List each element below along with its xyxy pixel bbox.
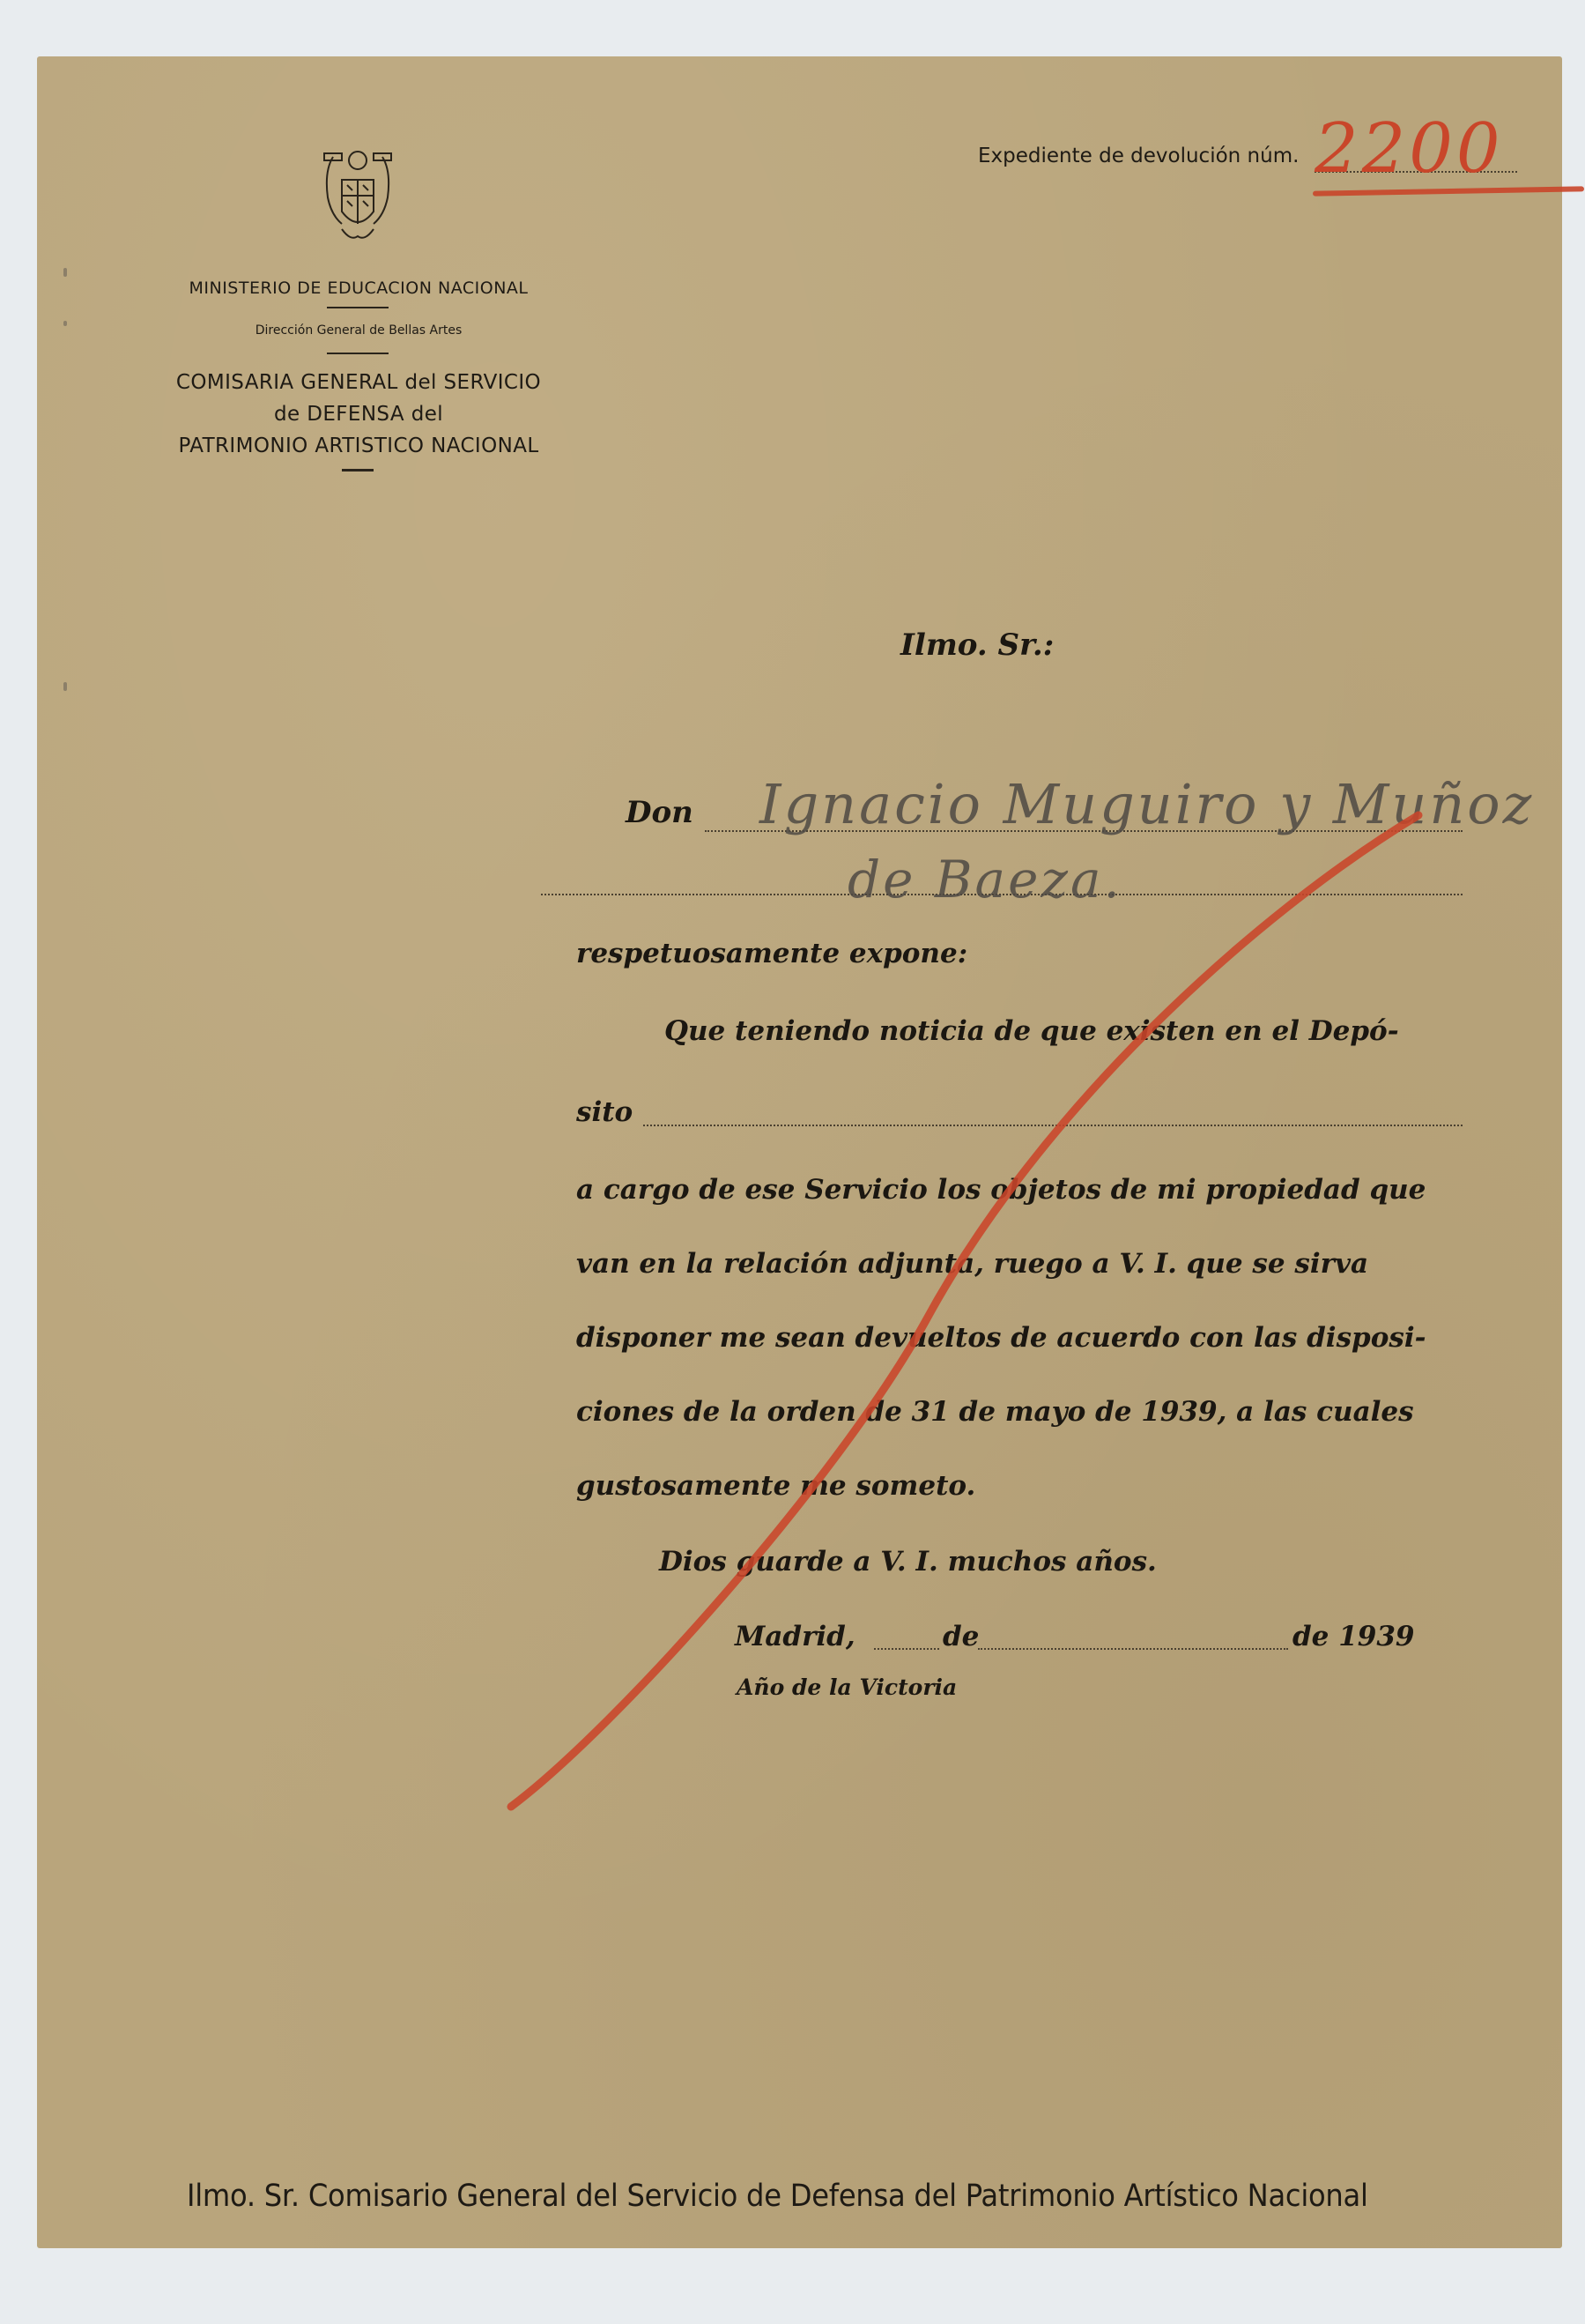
edge-mark — [63, 268, 67, 277]
closing-text: Dios guarde a V. I. muchos años. — [659, 1546, 1157, 1578]
expone-text: respetuosamente expone: — [576, 938, 967, 969]
divider — [327, 307, 389, 308]
dateline-city: Madrid, — [735, 1621, 855, 1652]
direccion-subheading: Dirección General de Bellas Artes — [187, 323, 530, 338]
coat-of-arms-icon — [315, 145, 400, 250]
body-line: Que teniendo noticia de que existen en e… — [664, 1015, 1399, 1047]
comisaria-heading: COMISARIA GENERAL del SERVICIO de DEFENS… — [169, 367, 548, 462]
comisaria-line: PATRIMONIO ARTISTICO NACIONAL — [169, 430, 548, 462]
day-fill-line — [874, 1648, 939, 1650]
divider — [327, 353, 389, 354]
victoria-motto: Año de la Victoria — [737, 1674, 957, 1700]
month-fill-line — [978, 1648, 1288, 1650]
salutation: Ilmo. Sr.: — [900, 627, 1054, 663]
petitioner-name-handwritten: Ignacio Muguiro y Muñoz — [759, 772, 1534, 836]
dateline-year: de 1939 — [1292, 1621, 1414, 1652]
expediente-label: Expediente de devolución núm. — [978, 145, 1299, 167]
ministry-heading: MINISTERIO DE EDUCACION NACIONAL — [187, 278, 530, 298]
body-line: ciones de la orden de 31 de mayo de 1939… — [576, 1396, 1414, 1428]
dateline-de: de — [943, 1621, 979, 1652]
body-line: gustosamente me someto. — [576, 1470, 975, 1502]
comisaria-line: COMISARIA GENERAL del SERVICIO — [169, 367, 548, 398]
addressee-footer: Ilmo. Sr. Comisario General del Servicio… — [187, 2179, 1368, 2214]
body-line: a cargo de ese Servicio los objetos de m… — [576, 1174, 1426, 1206]
edge-mark — [63, 321, 67, 326]
deposito-fill-line — [643, 1125, 1463, 1126]
edge-mark — [63, 682, 67, 691]
divider — [342, 469, 374, 471]
body-line-sito: sito — [576, 1096, 633, 1128]
don-label: Don — [626, 795, 693, 830]
body-line: van en la relación adjunta, ruego a V. I… — [576, 1248, 1368, 1280]
expediente-number: 2200 — [1315, 109, 1504, 189]
document-page: MINISTERIO DE EDUCACION NACIONAL Direcci… — [37, 56, 1562, 2248]
body-line: disponer me sean devueltos de acuerdo co… — [576, 1322, 1426, 1354]
petitioner-name-handwritten-2: de Baeza. — [848, 850, 1122, 910]
comisaria-line: de DEFENSA del — [169, 398, 548, 430]
